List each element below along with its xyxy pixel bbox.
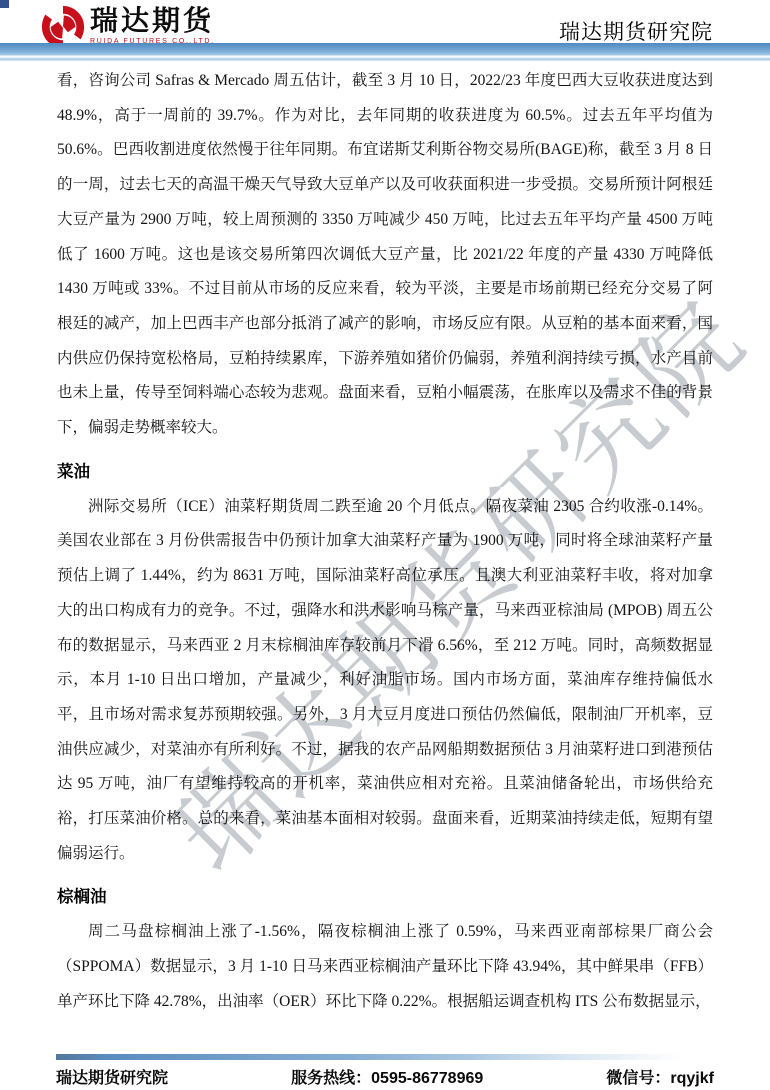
paragraph-soybean-meal: 看，咨询公司 Safras & Mercado 周五估计，截至 3 月 10 日… (57, 64, 713, 446)
footer-wechat-id: rqyjkf (670, 1070, 714, 1087)
brand-name: 瑞达期货 (90, 5, 215, 37)
page-footer: 瑞达期货研究院 服务热线：0595-86778969 微信号：rqyjkf (0, 1052, 770, 1090)
footer-wechat-label: 微信号： (606, 1070, 670, 1087)
brand-text-block: 瑞达期货 RUIDA FUTURES CO.,LTD. (90, 5, 215, 45)
footer-org: 瑞达期货研究院 (56, 1065, 168, 1088)
footer-hotline: 服务热线：0595-86778969 (291, 1065, 483, 1088)
section-heading-palm-oil: 棕榈油 (57, 882, 713, 912)
footer-row: 瑞达期货研究院 服务热线：0595-86778969 微信号：rqyjkf (56, 1065, 714, 1088)
institute-title: 瑞达期货研究院 (559, 16, 713, 46)
footer-hotline-label: 服务热线： (291, 1070, 371, 1087)
paragraph-rapeseed-oil: 洲际交易所（ICE）油菜籽期货周二跌至逾 20 个月低点。隔夜菜油 2305 合… (57, 490, 713, 872)
report-page: 瑞达期货 RUIDA FUTURES CO.,LTD. 瑞达期货研究院 瑞达期货… (0, 0, 770, 1090)
header-divider-bar (0, 43, 770, 61)
section-heading-rapeseed-oil: 菜油 (57, 457, 713, 487)
paragraph-palm-oil: 周二马盘棕榈油上涨了-1.56%，隔夜棕榈油上涨了 0.59%，马来西亚南部棕果… (57, 915, 713, 1019)
footer-wechat: 微信号：rqyjkf (606, 1065, 714, 1088)
corner-mark (0, 0, 9, 8)
footer-divider-bar (56, 1054, 714, 1060)
report-body: 看，咨询公司 Safras & Mercado 周五估计，截至 3 月 10 日… (57, 64, 713, 1020)
footer-hotline-number: 0595-86778969 (371, 1070, 483, 1087)
